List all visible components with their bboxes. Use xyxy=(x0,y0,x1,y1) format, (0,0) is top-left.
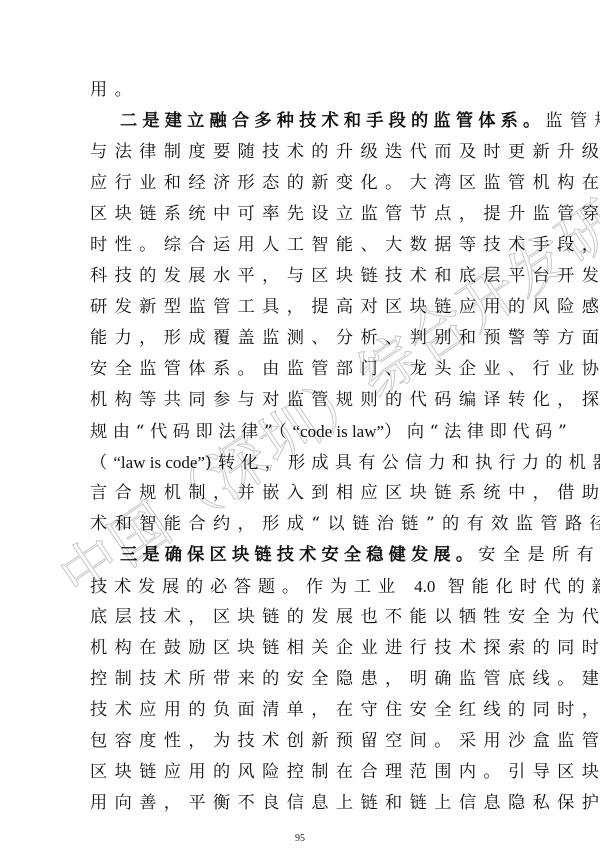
text-line: 控制技术所带来的安全隐患，明确监管底线。建立区块链 xyxy=(90,664,540,695)
line-text: 时性。综合运用人工智能、大数据等技术手段，提升监管 xyxy=(90,235,600,255)
line-text: 监管规则 xyxy=(545,111,600,131)
line-text: 区块链应用的风险控制在合理范围内。引导区块链技术应 xyxy=(90,762,600,782)
text-line: 用向善，平衡不良信息上链和链上信息隐私保护之间的关 xyxy=(90,788,540,819)
line-prefix: （ xyxy=(90,453,113,473)
text-line: 技术应用的负面清单，在守住安全红线的同时，提高制度 xyxy=(90,695,540,726)
text-line: 科技的发展水平，与区块链技术和底层平台开发企业共同 xyxy=(90,261,540,292)
text-line: 区块链系统中可率先设立监管节点，提升监管穿透性和及 xyxy=(90,199,540,230)
line-text: 安全是所有新兴 xyxy=(478,545,600,565)
text-line: 与法律制度要随技术的升级迭代而及时更新升级，从而适 xyxy=(90,137,540,168)
section-heading-line: 二是建立融合多种技术和手段的监管体系。监管规则 xyxy=(120,106,540,137)
line-text: 科技的发展水平，与区块链技术和底层平台开发企业共同 xyxy=(90,266,600,286)
line-text: 安全监管体系。由监管部门、龙头企业、行业协会、学术 xyxy=(90,359,600,379)
line-text: 能力，形成覆盖监测、分析、判别和预警等方面的全链条 xyxy=(90,328,600,348)
text-line: 机构等共同参与对监管规则的代码编译转化，探索法律法 xyxy=(90,385,540,416)
line-text: 研发新型监管工具，提高对区块链应用的风险感知与预警 xyxy=(90,297,600,317)
latin-phrase: “law is code” xyxy=(113,453,205,472)
text-line: 机构在鼓励区块链相关企业进行技术探索的同时，要合理 xyxy=(90,633,540,664)
line-text: )转化，形成具有公信力和执行力的机器语 xyxy=(205,453,600,473)
line-text: 机构等共同参与对监管规则的代码编译转化，探索法律法 xyxy=(90,390,600,410)
section-heading-line: 三是确保区块链技术安全稳健发展。安全是所有新兴 xyxy=(120,540,540,571)
line-prefix: 技术发展的必答题。作为工业 xyxy=(90,577,414,597)
line-text: 智能化时代的新生事物和 xyxy=(435,577,600,597)
text-line: 术和智能合约，形成“以链治链”的有效监管路径。 xyxy=(90,509,540,540)
line-text: 言合规机制，并嵌入到相应区块链系统中，借助区块链技 xyxy=(90,483,600,503)
text-line: 言合规机制，并嵌入到相应区块链系统中，借助区块链技 xyxy=(90,478,540,509)
line-text: 用。 xyxy=(90,80,139,100)
section-heading: 三是确保区块链技术安全稳健发展。 xyxy=(120,545,478,565)
line-text: 术和智能合约，形成“以链治链”的有效监管路径。 xyxy=(90,514,600,534)
document-page: 中国（深圳）综合开发研究院 用。 二是建立融合多种技术和手段的监管体系。监管规则… xyxy=(0,0,600,848)
text-line: 时性。综合运用人工智能、大数据等技术手段，提升监管 xyxy=(90,230,540,261)
text-line: 能力，形成覆盖监测、分析、判别和预警等方面的全链条 xyxy=(90,323,540,354)
text-line: 研发新型监管工具，提高对区块链应用的风险感知与预警 xyxy=(90,292,540,323)
text-line: 用。 xyxy=(90,75,540,106)
text-line: 应行业和经济形态的新变化。大湾区监管机构在重点行业 xyxy=(90,168,540,199)
line-text: 包容度性，为技术创新预留空间。采用沙盒监管方式，将 xyxy=(90,731,600,751)
text-line: 技术发展的必答题。作为工业 4.0 智能化时代的新生事物和 xyxy=(90,571,540,602)
text-line: 规由“代码即法律”（“code is law”）向“法律即代码” xyxy=(90,416,540,447)
text-line: （“law is code”)转化，形成具有公信力和执行力的机器语 xyxy=(90,447,540,478)
line-prefix: 规由“代码即法律”（ xyxy=(90,422,292,442)
line-text: 机构在鼓励区块链相关企业进行技术探索的同时，要合理 xyxy=(90,638,600,658)
latin-phrase: “code is law” xyxy=(292,422,384,441)
line-text: 用向善，平衡不良信息上链和链上信息隐私保护之间的关 xyxy=(90,793,600,813)
text-line: 安全监管体系。由监管部门、龙头企业、行业协会、学术 xyxy=(90,354,540,385)
line-text: ）向“法律即代码” xyxy=(384,422,572,442)
text-line: 区块链应用的风险控制在合理范围内。引导区块链技术应 xyxy=(90,757,540,788)
line-text: 与法律制度要随技术的升级迭代而及时更新升级，从而适 xyxy=(90,142,600,162)
section-heading: 二是建立融合多种技术和手段的监管体系。 xyxy=(120,111,545,131)
text-line: 包容度性，为技术创新预留空间。采用沙盒监管方式，将 xyxy=(90,726,540,757)
text-line: 底层技术，区块链的发展也不能以牺牲安全为代价。监管 xyxy=(90,602,540,633)
line-text: 区块链系统中可率先设立监管节点，提升监管穿透性和及 xyxy=(90,204,600,224)
line-text: 技术应用的负面清单，在守住安全红线的同时，提高制度 xyxy=(90,700,600,720)
line-text: 应行业和经济形态的新变化。大湾区监管机构在重点行业 xyxy=(90,173,600,193)
page-number: 95 xyxy=(0,833,600,844)
latin-number: 4.0 xyxy=(414,577,435,596)
line-text: 控制技术所带来的安全隐患，明确监管底线。建立区块链 xyxy=(90,669,600,689)
line-text: 底层技术，区块链的发展也不能以牺牲安全为代价。监管 xyxy=(90,607,600,627)
